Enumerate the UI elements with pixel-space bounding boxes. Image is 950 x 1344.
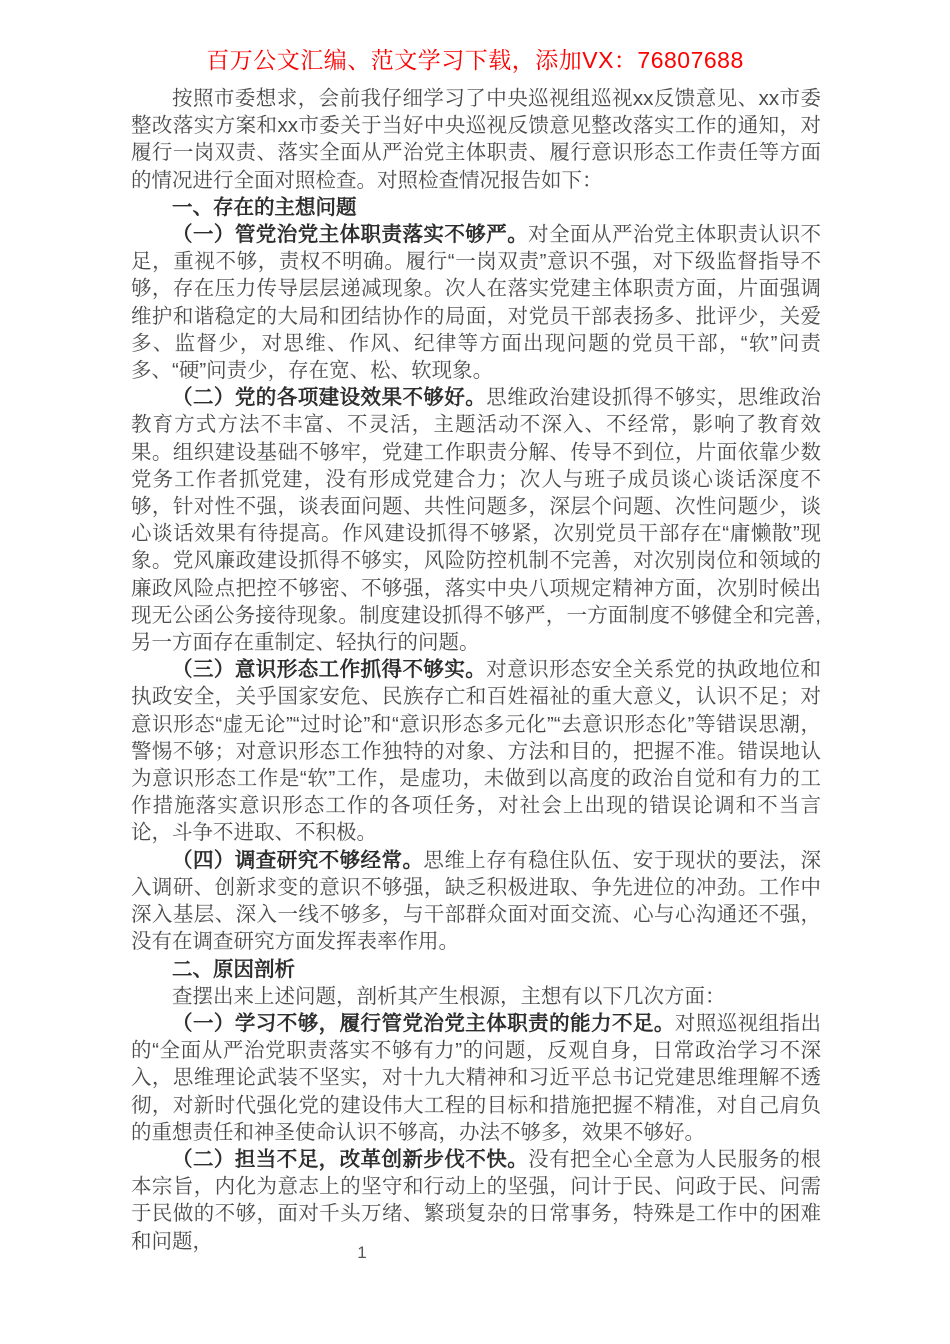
paragraph-lead: （二）党的各项建设效果不够好。 (172, 386, 486, 409)
paragraph-text: 查摆出来上述问题，剖析其产生根源，主想有以下几次方面： (172, 985, 726, 1008)
section-heading-problems: 一、存在的主想问题 (131, 194, 821, 221)
cause-paragraph-1: （一）学习不够，履行管党治党主体职责的能力不足。对照巡视组指出的“全面从严治党职… (131, 1010, 821, 1146)
finding-paragraph-1: （一）管党治党主体职责落实不够严。对全面从严治党主体职责认识不足，重视不够，责权… (131, 221, 821, 384)
section-heading-causes: 二、原因剖析 (131, 956, 821, 983)
finding-paragraph-3: （三）意识形态工作抓得不够实。对意识形态安全关系党的执政地位和执政安全，关乎国家… (131, 656, 821, 846)
page-number: 1 (348, 1243, 376, 1263)
paragraph-lead: （三）意识形态工作抓得不够实。 (172, 658, 486, 681)
intro-paragraph: 按照市委想求，会前我仔细学习了中央巡视组巡视xx反馈意见、xx市委整改落实方案和… (131, 85, 821, 194)
causes-intro-paragraph: 查摆出来上述问题，剖析其产生根源，主想有以下几次方面： (131, 983, 821, 1010)
paragraph-lead: （一）管党治党主体职责落实不够严。 (172, 223, 528, 246)
paragraph-lead: （二）担当不足，改革创新步伐不快。 (172, 1148, 528, 1171)
finding-paragraph-4: （四）调查研究不够经常。思维上存有稳住队伍、安于现状的要法，深入调研、创新求变的… (131, 847, 821, 956)
paragraph-lead: （一）学习不够，履行管党治党主体职责的能力不足。 (172, 1012, 675, 1035)
paragraph-text: 思维政治建设抓得不够实，思维政治教育方式方法不丰富、不灵活，主题活动不深入、不经… (131, 386, 821, 654)
paragraph-text: 对意识形态安全关系党的执政地位和执政安全，关乎国家安危、民族存亡和百姓福祉的重大… (131, 658, 821, 844)
cause-paragraph-2: （二）担当不足，改革创新步伐不快。没有把全心全意为人民服务的根本宗旨，内化为意志… (131, 1146, 821, 1255)
promo-header-text: 百万公文汇编、范文学习下载，添加VX：76807688 (0, 42, 950, 75)
paragraph-lead: （四）调查研究不够经常。 (172, 849, 423, 872)
document-body: 按照市委想求，会前我仔细学习了中央巡视组巡视xx反馈意见、xx市委整改落实方案和… (131, 85, 821, 1255)
paragraph-text: 对全面从严治党主体职责认识不足，重视不够，责权不明确。履行“一岗双责”意识不强，… (131, 223, 821, 382)
finding-paragraph-2: （二）党的各项建设效果不够好。思维政治建设抓得不够实，思维政治教育方式方法不丰富… (131, 384, 821, 656)
paragraph-text: 按照市委想求，会前我仔细学习了中央巡视组巡视xx反馈意见、xx市委整改落实方案和… (131, 87, 821, 192)
